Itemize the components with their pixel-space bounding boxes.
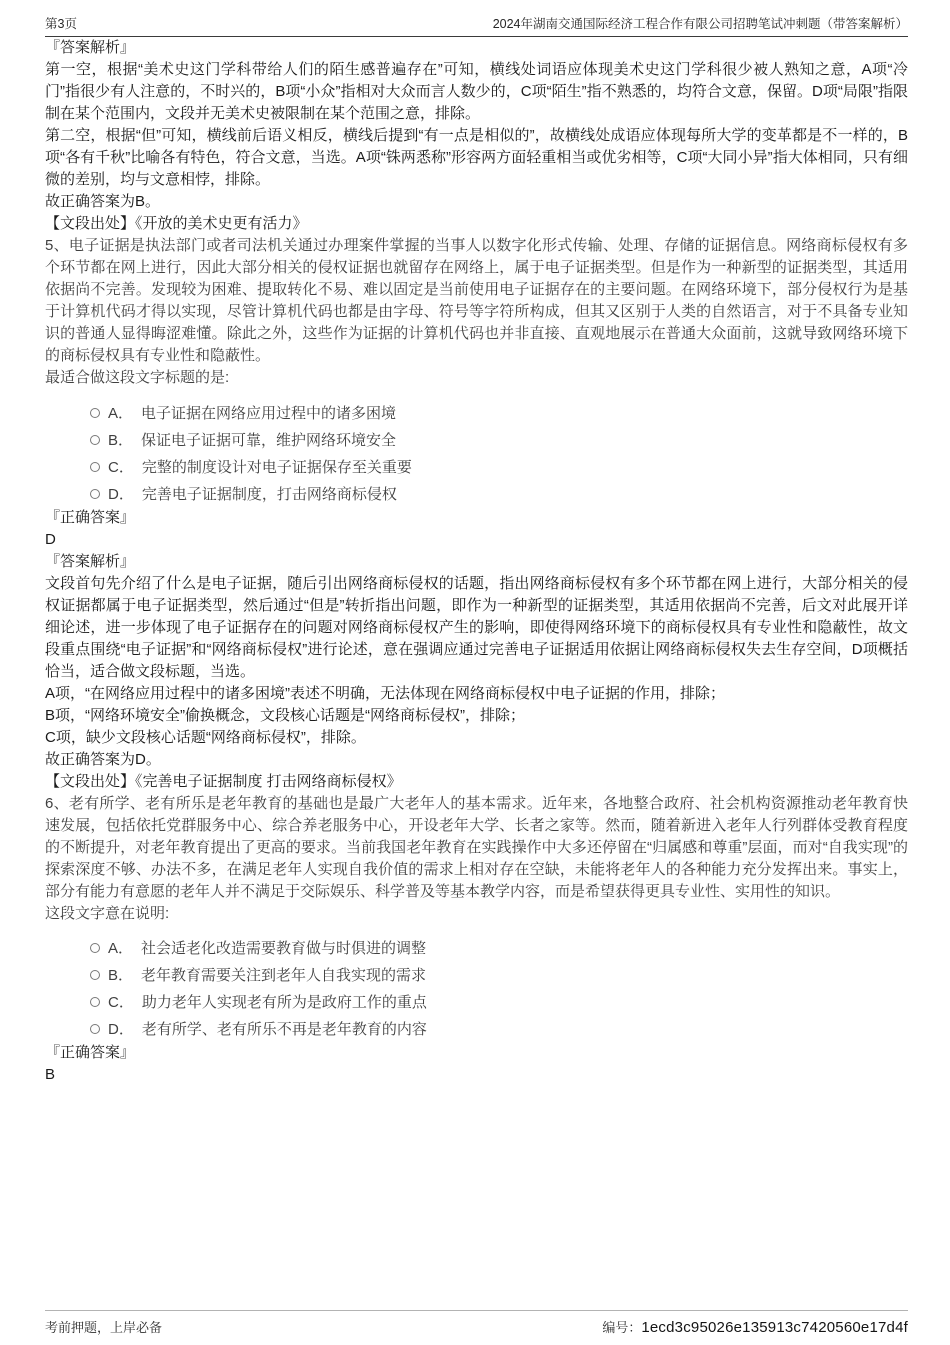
question6-stem: 6、老有所学、老有所乐是老年教育的基础也是最广大老年人的基本需求。近年来，各地整… — [45, 793, 908, 903]
footer-slogan: 考前押题，上岸必备 — [45, 1317, 162, 1336]
option-letter: C． — [108, 456, 134, 477]
page-footer: 考前押题，上岸必备 编号： 1ecd3c95026e135913c7420560… — [45, 1310, 908, 1336]
option-b-note: B项，“网络环境安全”偷换概念，文段核心话题是“网络商标侵权”，排除； — [45, 705, 908, 727]
option-text: 保证电子证据可靠，维护网络环境安全 — [141, 429, 396, 450]
document-serial: 编号： 1ecd3c95026e135913c7420560e17d4f — [602, 1317, 908, 1336]
document-body: 『答案解析』 第一空，根据“美术史这门学科带给人们的陌生感普遍存在”可知，横线处… — [45, 37, 908, 1086]
analysis-paragraph: 文段首句先介绍了什么是电子证据，随后引出网络商标侵权的话题，指出网络商标侵权有多… — [45, 573, 908, 683]
correct-answer-value: D — [45, 529, 908, 551]
radio-button-icon[interactable] — [90, 408, 100, 418]
option-row-a[interactable]: A． 社会适老化改造需要教育做与时俱进的调整 — [90, 934, 908, 961]
option-text: 助力老年人实现老有所为是政府工作的重点 — [142, 991, 427, 1012]
option-letter: C． — [108, 991, 134, 1012]
serial-label: 编号： — [602, 1317, 641, 1336]
option-text: 社会适老化改造需要教育做与时俱进的调整 — [141, 937, 426, 958]
option-text: 老年教育需要关注到老年人自我实现的需求 — [141, 964, 426, 985]
question5-options: A． 电子证据在网络应用过程中的诸多困境 B． 保证电子证据可靠，维护网络环境安… — [45, 399, 908, 507]
question5-prompt: 最适合做这段文字标题的是: — [45, 367, 908, 389]
document-page: 第3页 2024年湖南交通国际经济工程合作有限公司招聘笔试冲刺题（带答案解析） … — [0, 0, 950, 1345]
question5-stem: 5、电子证据是执法部门或者司法机关通过办理案件掌握的当事人以数字化形式传输、处理… — [45, 235, 908, 367]
option-letter: D． — [108, 483, 134, 504]
question6-section: 6、老有所学、老有所乐是老年教育的基础也是最广大老年人的基本需求。近年来，各地整… — [45, 793, 908, 1086]
correct-answer-value: B — [45, 1064, 908, 1086]
passage-source: 【文段出处】《完善电子证据制度 打击网络商标侵权》 — [45, 771, 908, 793]
correct-answer-label: 『正确答案』 — [45, 1042, 908, 1064]
answer-verdict: 故正确答案为B。 — [45, 191, 908, 213]
radio-button-icon[interactable] — [90, 489, 100, 499]
page-header: 第3页 2024年湖南交通国际经济工程合作有限公司招聘笔试冲刺题（带答案解析） — [45, 14, 908, 37]
radio-button-icon[interactable] — [90, 462, 100, 472]
option-row-b[interactable]: B． 保证电子证据可靠，维护网络环境安全 — [90, 426, 908, 453]
option-text: 完善电子证据制度，打击网络商标侵权 — [142, 483, 397, 504]
analysis-label: 『答案解析』 — [45, 551, 908, 573]
question6-prompt: 这段文字意在说明: — [45, 903, 908, 925]
radio-button-icon[interactable] — [90, 943, 100, 953]
option-letter: A． — [108, 937, 133, 958]
passage-source: 【文段出处】《开放的美术史更有活力》 — [45, 213, 908, 235]
question5-section: 5、电子证据是执法部门或者司法机关通过办理案件掌握的当事人以数字化形式传输、处理… — [45, 235, 908, 793]
serial-value: 1ecd3c95026e135913c7420560e17d4f — [641, 1319, 908, 1336]
option-text: 电子证据在网络应用过程中的诸多困境 — [141, 402, 396, 423]
option-letter: D． — [108, 1018, 134, 1039]
radio-button-icon[interactable] — [90, 997, 100, 1007]
radio-button-icon[interactable] — [90, 1024, 100, 1034]
option-text: 老有所学、老有所乐不再是老年教育的内容 — [142, 1018, 427, 1039]
option-text: 完整的制度设计对电子证据保存至关重要 — [142, 456, 412, 477]
question6-options: A． 社会适老化改造需要教育做与时俱进的调整 B． 老年教育需要关注到老年人自我… — [45, 934, 908, 1042]
answer-verdict: 故正确答案为D。 — [45, 749, 908, 771]
option-row-c[interactable]: C． 完整的制度设计对电子证据保存至关重要 — [90, 453, 908, 480]
option-row-d[interactable]: D． 完善电子证据制度，打击网络商标侵权 — [90, 480, 908, 507]
option-a-note: A项，“在网络应用过程中的诸多困境”表述不明确，无法体现在网络商标侵权中电子证据… — [45, 683, 908, 705]
option-row-d[interactable]: D． 老有所学、老有所乐不再是老年教育的内容 — [90, 1015, 908, 1042]
analysis-paragraph: 第一空，根据“美术史这门学科带给人们的陌生感普遍存在”可知，横线处词语应体现美术… — [45, 59, 908, 125]
question4-analysis-section: 『答案解析』 第一空，根据“美术史这门学科带给人们的陌生感普遍存在”可知，横线处… — [45, 37, 908, 235]
option-row-b[interactable]: B． 老年教育需要关注到老年人自我实现的需求 — [90, 961, 908, 988]
radio-button-icon[interactable] — [90, 970, 100, 980]
document-title: 2024年湖南交通国际经济工程合作有限公司招聘笔试冲刺题（带答案解析） — [493, 14, 908, 32]
option-row-a[interactable]: A． 电子证据在网络应用过程中的诸多困境 — [90, 399, 908, 426]
option-c-note: C项，缺少文段核心话题“网络商标侵权”，排除。 — [45, 727, 908, 749]
option-letter: A． — [108, 402, 133, 423]
page-number: 第3页 — [45, 14, 77, 32]
option-letter: B． — [108, 429, 133, 450]
correct-answer-label: 『正确答案』 — [45, 507, 908, 529]
analysis-label: 『答案解析』 — [45, 37, 908, 59]
analysis-paragraph: 第二空，根据“但”可知，横线前后语义相反，横线后提到“有一点是相似的”，故横线处… — [45, 125, 908, 191]
radio-button-icon[interactable] — [90, 435, 100, 445]
option-row-c[interactable]: C． 助力老年人实现老有所为是政府工作的重点 — [90, 988, 908, 1015]
option-letter: B． — [108, 964, 133, 985]
